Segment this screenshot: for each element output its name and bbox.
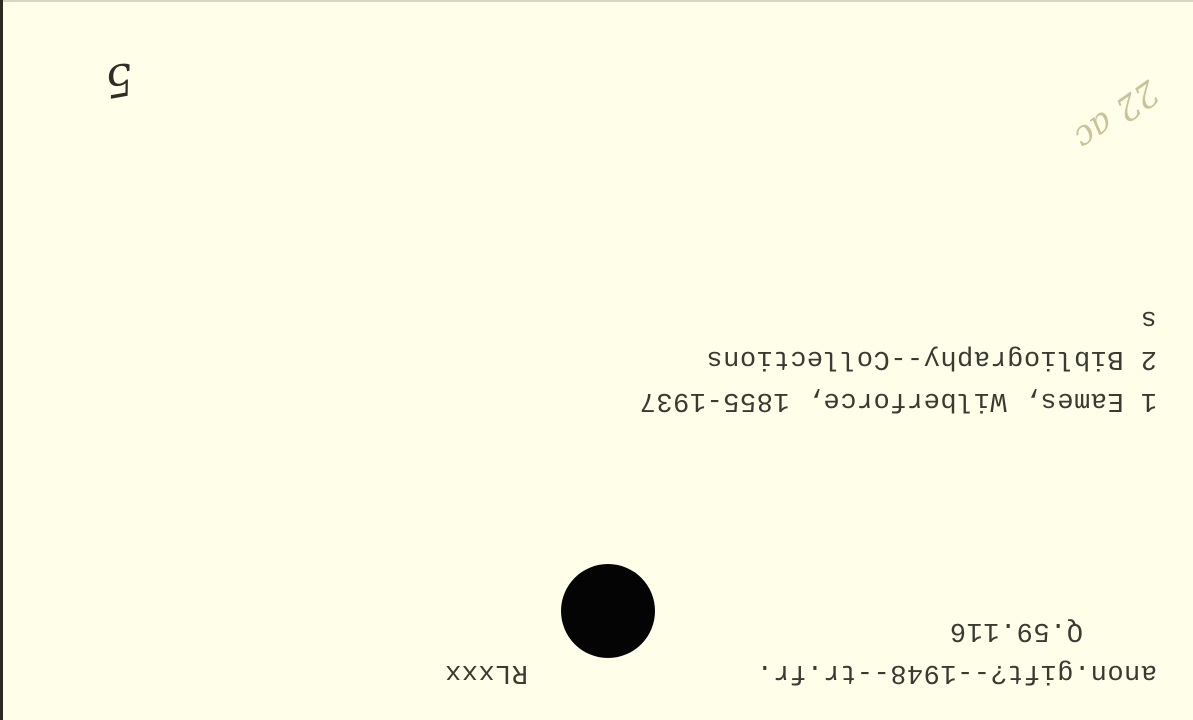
- accession-line-2: Q.59.116: [949, 615, 1083, 645]
- handwritten-corner-number: 5: [101, 52, 137, 107]
- tracing-2: 2 Bibliography--Collections: [706, 343, 1157, 373]
- card-content-rotated: anon.gift?--1948--tr.fr. Q.59.116 RLxxx …: [0, 0, 1193, 720]
- tracing-3: s: [1140, 303, 1157, 333]
- punch-hole: [561, 564, 655, 658]
- accession-line-1: anon.gift?--1948--tr.fr.: [756, 657, 1157, 687]
- tracing-1: 1 Eames, Wilberforce, 1855-1937: [639, 385, 1157, 415]
- catalog-card: anon.gift?--1948--tr.fr. Q.59.116 RLxxx …: [0, 0, 1193, 720]
- handwritten-pencil-note: 22 ac: [1067, 72, 1166, 158]
- call-number: RLxxx: [444, 657, 528, 687]
